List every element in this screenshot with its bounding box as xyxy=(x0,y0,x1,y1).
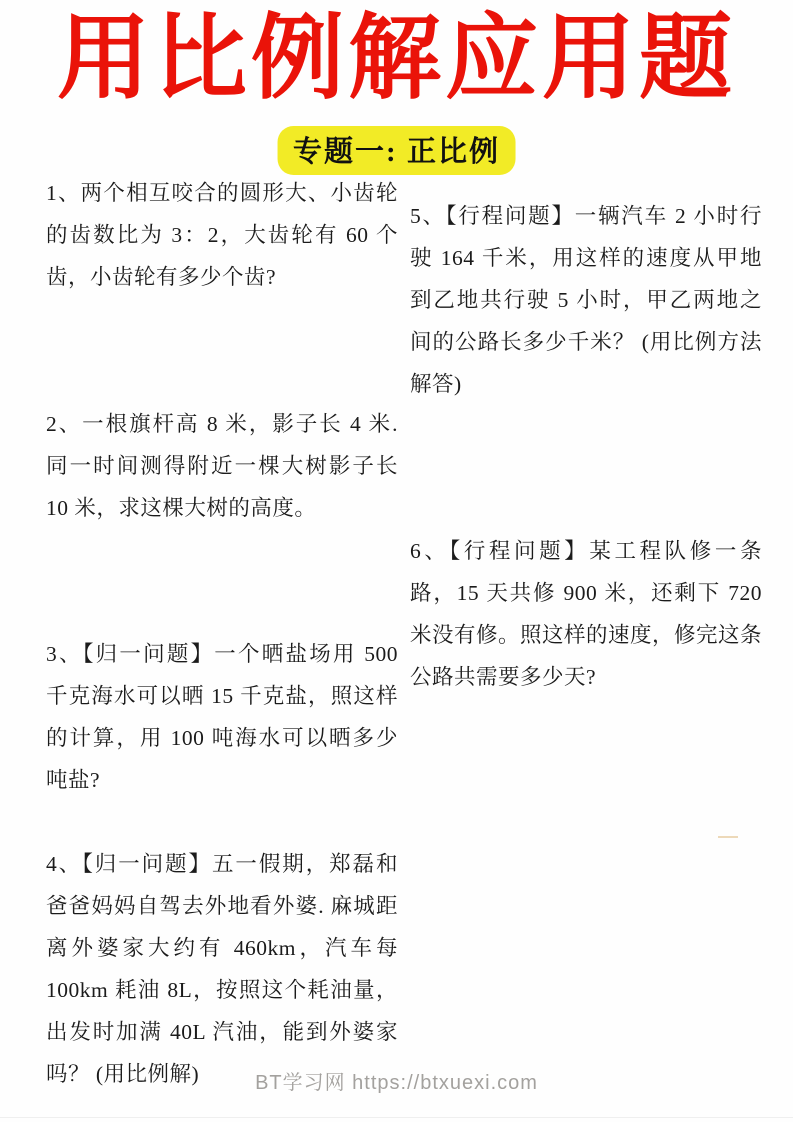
topic-subtitle: 专题一: 正比例 xyxy=(293,136,500,168)
topic-highlight: 专题一: 正比例 xyxy=(277,126,516,175)
problem-3: 3、【归一问题】一个晒盐场用 500 千克海水可以晒 15 千克盐，照这样的计算… xyxy=(46,633,398,801)
worksheet-page: 用比例解应用题 专题一: 正比例 1、两个相互咬合的圆形大、小齿轮的齿数比为 3… xyxy=(0,0,793,1122)
problem-5: 5、【行程问题】一辆汽车 2 小时行驶 164 千米，用这样的速度从甲地到乙地共… xyxy=(410,195,762,405)
page-title: 用比例解应用题 xyxy=(0,10,793,110)
highlighter-stray-mark xyxy=(718,836,738,838)
watermark-footer: BT学习网 https://btxuexi.com xyxy=(0,1066,793,1095)
bottom-hairline xyxy=(0,1117,793,1118)
problem-1: 1、两个相互咬合的圆形大、小齿轮的齿数比为 3：2，大齿轮有 60 个齿，小齿轮… xyxy=(46,172,398,298)
problem-6: 6、【行程问题】某工程队修一条路，15 天共修 900 米，还剩下 720 米没… xyxy=(410,530,762,698)
problem-2: 2、一根旗杆高 8 米，影子长 4 米. 同一时间测得附近一棵大树影子长 10 … xyxy=(46,403,398,529)
problem-4: 4、【归一问题】五一假期，郑磊和爸爸妈妈自驾去外地看外婆. 麻城距离外婆家大约有… xyxy=(46,843,398,1095)
